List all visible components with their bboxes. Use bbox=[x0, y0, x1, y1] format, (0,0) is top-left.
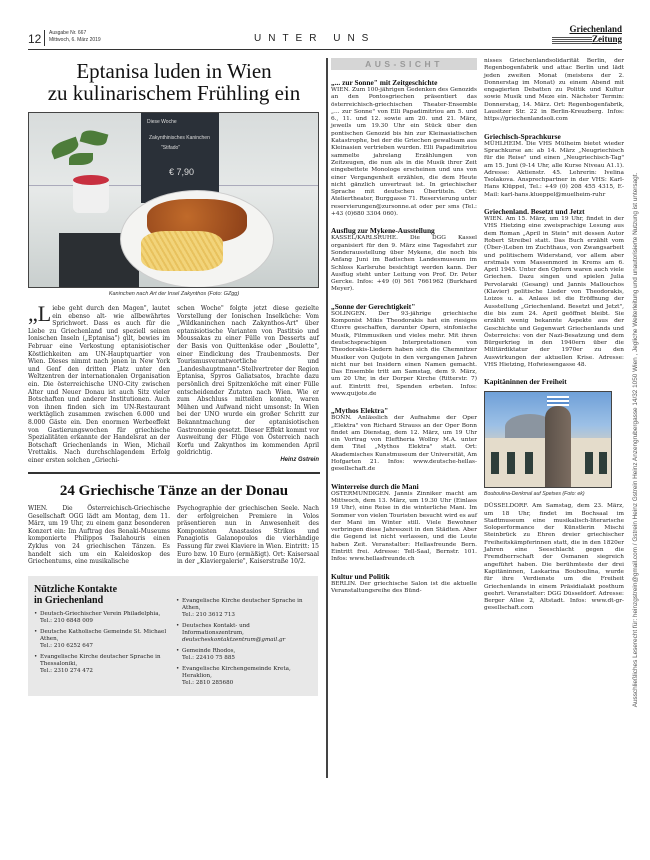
aussicht-column-1: AUS-SICHT „... zur Sonne" mit Zeitgeschi… bbox=[331, 58, 477, 595]
column-text: iebe geht durch den Magen", lautet ein e… bbox=[28, 305, 170, 464]
contact-name: Gemeinde Rhodos, bbox=[182, 648, 235, 654]
contact-tel: Tel.: 210 3612 713 bbox=[182, 612, 235, 618]
board-text: "Stifado" bbox=[161, 145, 180, 151]
contact-tel: Tel.: 2310 274 472 bbox=[40, 668, 93, 674]
leaf-icon bbox=[69, 153, 93, 165]
window bbox=[525, 452, 533, 474]
event-text: DÜSSELDORF. Am Samstag, dem 23. März, um… bbox=[484, 503, 624, 612]
event-text: BERLIN. Der griechische Salon ist die ak… bbox=[331, 581, 477, 596]
event-text: MÜHLHEIM. Die VHS Mülheim bietet wieder … bbox=[484, 141, 624, 199]
article-column-1: „L iebe geht durch den Magen", lautet ei… bbox=[28, 305, 170, 464]
drop-cap: „L bbox=[28, 305, 51, 323]
event-text: WIEN. Am 15. März, um 19 Uhr, findet in … bbox=[484, 216, 624, 369]
article-body: „L iebe geht durch den Magen", lautet ei… bbox=[28, 305, 320, 464]
divider bbox=[28, 472, 320, 474]
event-text: KASSEL/KARLSRUHE. Die DGG Kassel organis… bbox=[331, 235, 477, 293]
logo-line-1: Griechenland bbox=[550, 24, 622, 34]
divider bbox=[44, 30, 45, 46]
window bbox=[599, 452, 607, 474]
heading-line-2: in Griechenland bbox=[34, 595, 103, 606]
contact-tel: Tel.: 22410 75 885 bbox=[182, 655, 235, 661]
event-text: SOLINGEN. Der 93-jährige griechische Kom… bbox=[331, 311, 477, 399]
event-title: Kapitäninnen der Freiheit bbox=[484, 377, 624, 386]
section-title: UNTER UNS bbox=[254, 33, 375, 44]
contacts-right: Evangelische Kirche deutscher Sprache in… bbox=[176, 584, 310, 690]
license-notice: Ausschließliches Leserecht für: heinzgst… bbox=[632, 20, 639, 860]
event-title: Kultur und Politik bbox=[331, 572, 477, 581]
author-byline: Heinz Gstrein bbox=[177, 457, 319, 465]
event-text: WIEN. Zum 100-jährigen Gedenken des Geno… bbox=[331, 87, 477, 218]
food-photo: Diese Woche Zakynthinisches Kaninchen "S… bbox=[28, 112, 319, 288]
window bbox=[585, 452, 593, 474]
masthead: 12 Ausgabe Nr. 667 Mittwoch, 6. März 201… bbox=[28, 28, 622, 50]
issue-number: Ausgabe Nr. 667 bbox=[49, 30, 101, 37]
second-column-1: WIEN. Die Österreichisch-Griechische Ges… bbox=[28, 505, 170, 566]
window bbox=[507, 452, 515, 474]
issue-date: Mittwoch, 6. März 2019 bbox=[49, 37, 101, 44]
event-title: „Sonne der Gerechtigkeit" bbox=[331, 302, 477, 311]
event-title: Griechenland. Besetzt und Jetzt bbox=[484, 207, 624, 216]
photo-caption: Kaninchen nach Art der Insel Zakynthos (… bbox=[28, 291, 320, 297]
event-title: „... zur Sonne" mit Zeitgeschichte bbox=[331, 78, 477, 87]
second-article-body: WIEN. Die Österreichisch-Griechische Ges… bbox=[28, 505, 320, 566]
newspaper-logo: Griechenland Zeitung bbox=[550, 24, 622, 48]
leaf-icon bbox=[80, 128, 109, 148]
contact-tel: Tel.: 210 6848 009 bbox=[40, 618, 93, 624]
event-title: Ausflug zur Mykene-Ausstellung bbox=[331, 226, 477, 235]
contacts-box: Nützliche Kontakte in Griechenland Deuts… bbox=[28, 576, 318, 696]
contact-tel: Tel.: 210 6252 647 bbox=[40, 643, 93, 649]
statue-photo bbox=[484, 391, 612, 488]
board-text: Zakynthinisches Kaninchen bbox=[149, 135, 210, 141]
heading-line-1: Nützliche Kontakte bbox=[34, 584, 117, 595]
contact-email-link[interactable]: deutscheskontaktzentrum@gmail.gr bbox=[182, 637, 285, 643]
contact-tel: Tel.: 2810 285680 bbox=[182, 680, 233, 686]
photo-caption: Bouboulina-Denkmal auf Spetses (Foto: ek… bbox=[484, 491, 624, 497]
column-divider bbox=[326, 58, 328, 778]
headline-line-2: zu kulinarischem Frühling ein bbox=[48, 81, 301, 105]
greek-flag-icon bbox=[547, 396, 569, 406]
contact-name: Evangelische Kirche deutscher Sprache in… bbox=[182, 598, 303, 611]
newspaper-page: 12 Ausgabe Nr. 667 Mittwoch, 6. März 201… bbox=[28, 28, 622, 848]
column-text: schen Woche" folgte jetzt diese gezielte… bbox=[177, 305, 319, 456]
aussicht-column-2: nisses Griechenlandsolidarität Berlin, d… bbox=[484, 58, 624, 613]
contacts-list: Deutsch-Griechischer Verein Philadelphia… bbox=[34, 611, 168, 675]
headline-line-1: Eptanisa luden in Wien bbox=[76, 59, 271, 83]
contact-name: Evangelische Kirchengemeinde Kreta, Hera… bbox=[182, 666, 291, 679]
event-text: OSTERMUNDIGEN. Jannis Zinniker macht am … bbox=[331, 491, 477, 564]
contact-name: Deutsches Kontakt- und Informationszentr… bbox=[182, 623, 250, 636]
statue bbox=[545, 406, 571, 488]
contact-item: Evangelische Kirche deutscher Sprache in… bbox=[176, 598, 310, 619]
page-number: 12 bbox=[28, 32, 41, 46]
article-column-2: schen Woche" folgte jetzt diese gezielte… bbox=[177, 305, 319, 464]
contact-item: Deutsche Katholische Gemeinde St. Michae… bbox=[34, 629, 168, 650]
contact-name: Evangelische Kirche deutscher Sprache in… bbox=[40, 654, 161, 667]
contacts-left: Nützliche Kontakte in Griechenland Deuts… bbox=[34, 584, 168, 690]
plant-soil bbox=[73, 175, 109, 185]
main-headline: Eptanisa luden in Wien zu kulinarischem … bbox=[28, 60, 320, 104]
main-article: Eptanisa luden in Wien zu kulinarischem … bbox=[28, 58, 320, 696]
board-price: € 7,90 bbox=[169, 167, 194, 177]
event-title: „Mythos Elektra" bbox=[331, 406, 477, 415]
event-title: Griechisch-Sprachkurse bbox=[484, 132, 624, 141]
event-title: Winterreise durch die Mani bbox=[331, 482, 477, 491]
contact-name: Deutsche Katholische Gemeinde St. Michae… bbox=[40, 629, 166, 642]
event-text: BONN. Anlässlich der Aufnahme der Oper „… bbox=[331, 415, 477, 473]
contact-item: Deutsch-Griechischer Verein Philadelphia… bbox=[34, 611, 168, 625]
contact-item: Evangelische Kirche deutscher Sprache in… bbox=[34, 654, 168, 675]
window bbox=[491, 452, 499, 474]
second-column-2: Psychographie der griechischen Seele. Na… bbox=[177, 505, 319, 566]
contact-item: Evangelische Kirchengemeinde Kreta, Hera… bbox=[176, 666, 310, 687]
contacts-heading: Nützliche Kontakte in Griechenland bbox=[34, 584, 168, 606]
event-text-continued: nisses Griechenlandsolidarität Berlin, d… bbox=[484, 58, 624, 124]
contact-name: Deutsch-Griechischer Verein Philadelphia… bbox=[40, 611, 160, 617]
contacts-list: Evangelische Kirche deutscher Sprache in… bbox=[176, 598, 310, 687]
contact-item: Deutsches Kontakt- und Informationszentr… bbox=[176, 623, 310, 644]
board-text: Diese Woche bbox=[147, 119, 177, 125]
logo-lines-icon bbox=[552, 37, 592, 45]
contact-item: Gemeinde Rhodos,Tel.: 22410 75 885 bbox=[176, 648, 310, 662]
fries bbox=[141, 231, 223, 271]
issue-info: Ausgabe Nr. 667 Mittwoch, 6. März 2019 bbox=[49, 30, 101, 44]
aussicht-label: AUS-SICHT bbox=[331, 58, 477, 70]
second-headline: 24 Griechische Tänze an der Donau bbox=[28, 483, 320, 500]
menu-board: Diese Woche Zakynthinisches Kaninchen "S… bbox=[141, 113, 219, 203]
